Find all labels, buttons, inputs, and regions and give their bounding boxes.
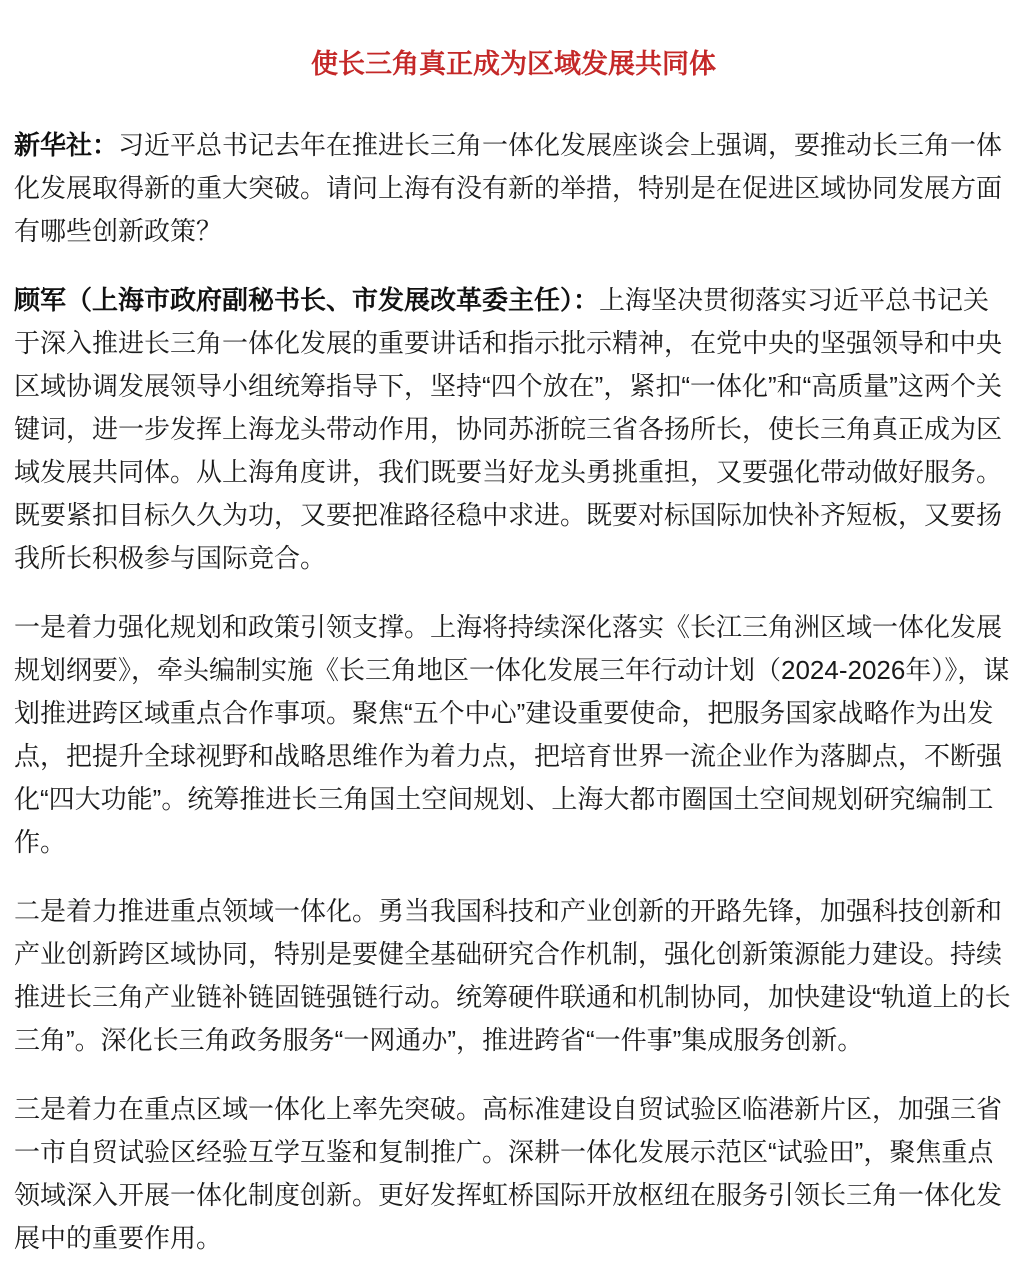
paragraph-question: 新华社：习近平总书记去年在推进长三角一体化发展座谈会上强调，要推动长三角一体化发… (14, 124, 1013, 253)
paragraph-lead-xinhua: 新华社： (14, 130, 118, 160)
paragraph-text: 二是着力推进重点领域一体化。勇当我国科技和产业创新的开路先锋，加强科技创新和产业… (14, 896, 1011, 1055)
paragraph-text: 上海坚决贯彻落实习近平总书记关于深入推进长三角一体化发展的重要讲话和指示批示精神… (14, 285, 1002, 573)
paragraph-lead-speaker: 顾军（上海市政府副秘书长、市发展改革委主任）： (14, 285, 599, 315)
article-title: 使长三角真正成为区域发展共同体 (14, 46, 1013, 82)
paragraph-text: 习近平总书记去年在推进长三角一体化发展座谈会上强调，要推动长三角一体化发展取得新… (14, 130, 1002, 246)
paragraph-point-two: 二是着力推进重点领域一体化。勇当我国科技和产业创新的开路先锋，加强科技创新和产业… (14, 890, 1013, 1062)
paragraph-text: 一是着力强化规划和政策引领支撑。上海将持续深化落实《长江三角洲区域一体化发展规划… (14, 612, 1009, 857)
paragraph-text: 三是着力在重点区域一体化上率先突破。高标准建设自贸试验区临港新片区，加强三省一市… (14, 1094, 1002, 1253)
paragraph-answer-intro: 顾军（上海市政府副秘书长、市发展改革委主任）：上海坚决贯彻落实习近平总书记关于深… (14, 279, 1013, 580)
article: 使长三角真正成为区域发展共同体 新华社：习近平总书记去年在推进长三角一体化发展座… (14, 46, 1013, 1260)
paragraph-point-one: 一是着力强化规划和政策引领支撑。上海将持续深化落实《长江三角洲区域一体化发展规划… (14, 606, 1013, 864)
paragraph-point-three: 三是着力在重点区域一体化上率先突破。高标准建设自贸试验区临港新片区，加强三省一市… (14, 1088, 1013, 1260)
